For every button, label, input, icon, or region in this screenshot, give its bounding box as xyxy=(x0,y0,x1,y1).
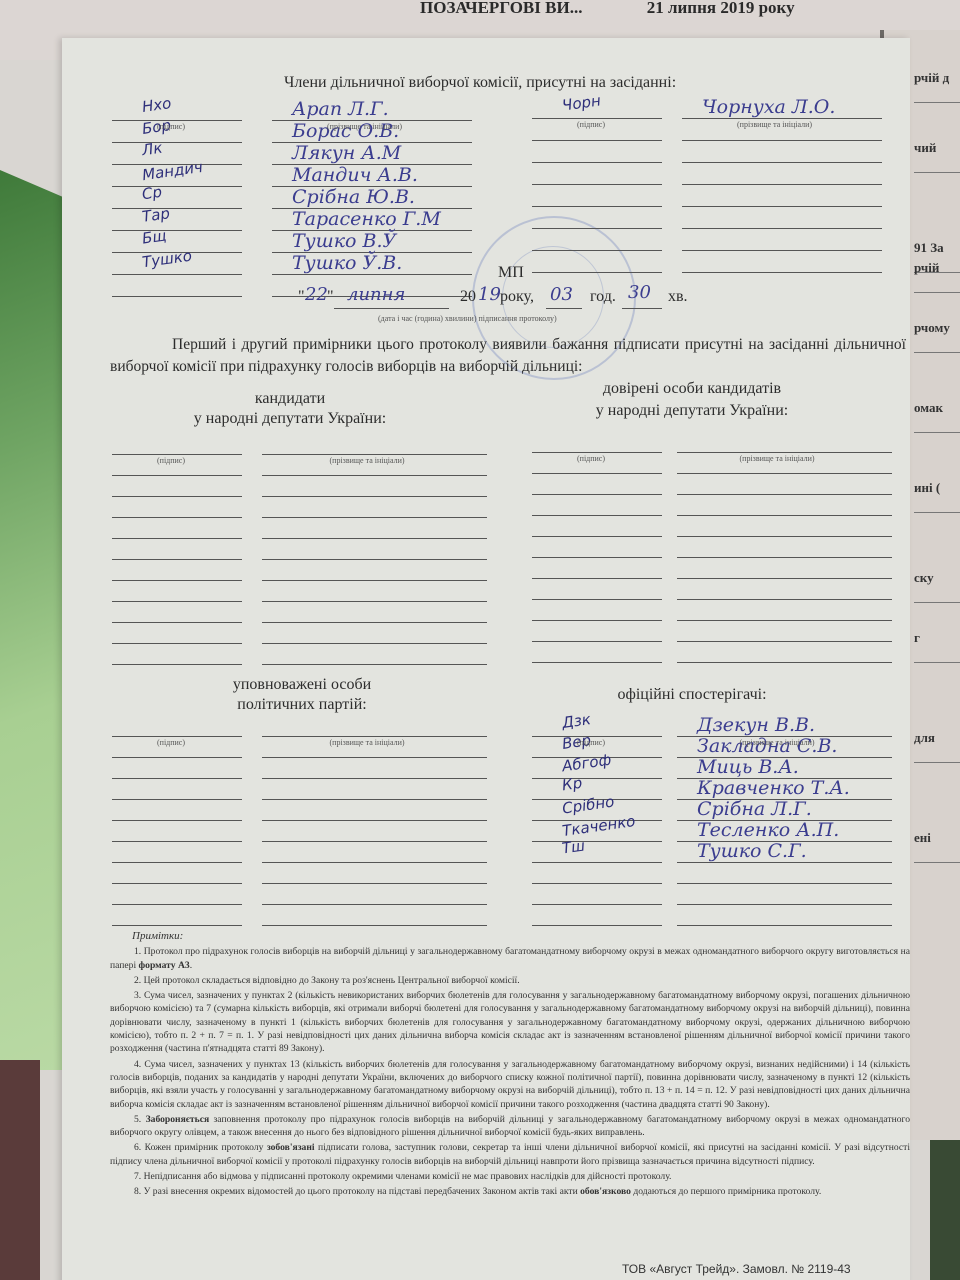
signature-line xyxy=(112,601,242,602)
handwritten-name: Дзекун В.В. xyxy=(697,714,815,736)
name-line xyxy=(677,925,892,926)
caption-name: (прізвище та ініціали) xyxy=(330,456,405,465)
signature-line xyxy=(112,622,242,623)
caption-name: (прізвище та ініціали) xyxy=(737,120,812,129)
underlying-page-line xyxy=(914,172,960,173)
date-minute: 30 xyxy=(628,282,651,303)
caption-signature: (підпис) xyxy=(577,738,605,747)
notes-section: Примітки: 1. Протокол про підрахунок гол… xyxy=(110,930,910,1201)
handwritten-name: Кравченко Т.А. xyxy=(697,777,850,799)
note-item: 8. У разі внесення окремих відомостей до… xyxy=(110,1185,910,1198)
name-line xyxy=(677,599,892,600)
handwritten-name: Тарасенко Г.М xyxy=(292,208,441,230)
signature-line xyxy=(112,799,242,800)
name-line xyxy=(262,538,487,539)
underlying-page-text: ині ( xyxy=(914,480,940,496)
name-line xyxy=(677,473,892,474)
name-line xyxy=(272,274,472,275)
handwritten-signature: Тар xyxy=(141,204,171,226)
name-line xyxy=(677,904,892,905)
name-line xyxy=(677,883,892,884)
handwritten-signature: Лк xyxy=(141,139,164,160)
signature-line xyxy=(112,230,242,231)
underlying-page-text: чий xyxy=(914,140,936,156)
party-reps-heading-1: уповноважені особи xyxy=(202,676,402,694)
caption-signature: (підпис) xyxy=(157,738,185,747)
signature-line xyxy=(532,736,662,737)
name-line xyxy=(262,841,487,842)
handwritten-signature: Абгоф xyxy=(561,751,612,776)
name-line xyxy=(677,452,892,453)
underlying-page-header: ПОЗАЧЕРГОВІ ВИ... 21 липня 2019 року xyxy=(420,0,855,18)
signature-line xyxy=(532,473,662,474)
date-year-prefix: 20 xyxy=(460,288,476,306)
name-line xyxy=(677,536,892,537)
handwritten-name: Срібна Л.Г. xyxy=(697,798,812,820)
signature-line xyxy=(112,580,242,581)
name-line xyxy=(262,862,487,863)
date-day: 22 xyxy=(305,284,328,305)
signature-line xyxy=(112,736,242,737)
name-line xyxy=(262,820,487,821)
signature-line xyxy=(532,841,662,842)
name-line xyxy=(262,736,487,737)
underlying-page-line xyxy=(914,862,960,863)
underlying-page-line xyxy=(914,352,960,353)
name-line xyxy=(677,641,892,642)
underlying-page-line xyxy=(914,292,960,293)
signature-line xyxy=(532,140,662,141)
signature-line xyxy=(112,454,242,455)
note-item: 3. Сума чисел, зазначених у пунктах 2 (к… xyxy=(110,989,910,1055)
handwritten-signature: Тш xyxy=(561,836,586,857)
signature-line xyxy=(112,475,242,476)
name-line xyxy=(262,517,487,518)
underlying-page-text: рчому xyxy=(914,320,950,336)
signature-line xyxy=(532,578,662,579)
underlying-header-title: ПОЗАЧЕРГОВІ ВИ... xyxy=(420,0,582,17)
name-line xyxy=(677,620,892,621)
signature-line xyxy=(112,904,242,905)
signature-line xyxy=(112,142,242,143)
date-year-suffix: 19 xyxy=(478,284,501,305)
name-line xyxy=(262,559,487,560)
name-line xyxy=(677,557,892,558)
name-line xyxy=(682,228,882,229)
printer-imprint: ТОВ «Август Трейд». Замовл. № 2119-43 xyxy=(622,1262,851,1276)
name-line xyxy=(682,272,882,273)
signature-line xyxy=(112,496,242,497)
signature-line xyxy=(532,904,662,905)
signature-line xyxy=(532,641,662,642)
signature-line xyxy=(112,757,242,758)
signature-line xyxy=(532,118,662,119)
handwritten-name: Лякун А.М xyxy=(292,142,401,164)
caption-signature: (підпис) xyxy=(157,456,185,465)
protocol-page: Члени дільничної виборчої комісії, прису… xyxy=(62,38,910,1280)
name-line xyxy=(262,664,487,665)
handwritten-signature: Бщ xyxy=(141,226,168,247)
name-line xyxy=(262,622,487,623)
candidates-heading-1: кандидати xyxy=(190,390,390,408)
intro-paragraph: Перший і другий примірники цього протоко… xyxy=(110,334,906,378)
name-line xyxy=(262,496,487,497)
signature-line xyxy=(532,662,662,663)
underlying-page-text: ені xyxy=(914,830,931,846)
name-line xyxy=(682,118,882,119)
underlying-page-line xyxy=(914,662,960,663)
handwritten-signature: Чорн xyxy=(561,91,602,114)
underlying-page-line xyxy=(914,602,960,603)
note-item: 7. Непідписання або відмова у підписанні… xyxy=(110,1170,910,1183)
signature-line xyxy=(532,515,662,516)
handwritten-name: Миць В.А. xyxy=(697,756,799,778)
caption-name: (прізвище та ініціали) xyxy=(740,738,815,747)
signature-line xyxy=(112,274,242,275)
handwritten-name: Тушко Ў.В. xyxy=(292,252,402,274)
caption-signature: (підпис) xyxy=(577,454,605,463)
underlying-header-date: 21 липня 2019 року xyxy=(647,0,795,17)
handwritten-signature: Тушко xyxy=(141,247,193,272)
name-line xyxy=(262,778,487,779)
caption-name: (прізвище та ініціали) xyxy=(740,454,815,463)
name-line xyxy=(677,578,892,579)
caption-signature: (підпис) xyxy=(577,120,605,129)
signature-line xyxy=(532,184,662,185)
members-heading: Члени дільничної виборчої комісії, прису… xyxy=(284,74,676,92)
observers-heading: офіційні спостерігачі: xyxy=(582,686,802,704)
name-line xyxy=(682,206,882,207)
signature-line xyxy=(112,186,242,187)
signature-line xyxy=(532,862,662,863)
underlying-page-text: г xyxy=(914,630,920,646)
note-item: 2. Цей протокол складається відповідно д… xyxy=(110,974,910,987)
name-line xyxy=(262,925,487,926)
signature-line xyxy=(112,517,242,518)
name-line xyxy=(682,250,882,251)
name-line xyxy=(262,904,487,905)
handwritten-signature: Срібно xyxy=(561,792,615,817)
handwritten-name: Арап Л.Г. xyxy=(292,98,389,120)
signature-line xyxy=(112,643,242,644)
signature-line xyxy=(532,557,662,558)
name-line xyxy=(262,475,487,476)
signature-line xyxy=(532,272,662,273)
underlying-page-text: для xyxy=(914,730,935,746)
signature-line xyxy=(112,559,242,560)
signature-line xyxy=(112,778,242,779)
date-caption: (дата і час (година) хвилини) підписання… xyxy=(378,314,557,323)
signature-line xyxy=(112,120,242,121)
name-line xyxy=(262,757,487,758)
signature-line xyxy=(532,536,662,537)
note-item: 1. Протокол про підрахунок голосів вибор… xyxy=(110,945,910,972)
underlying-page-text: ску xyxy=(914,570,934,586)
underlying-page-line xyxy=(914,512,960,513)
handwritten-signature: Дзк xyxy=(561,710,592,732)
signature-line xyxy=(532,925,662,926)
handwritten-signature: Нхо xyxy=(141,94,173,116)
caption-signature: (підпис) xyxy=(157,122,185,131)
signature-line xyxy=(112,883,242,884)
name-line xyxy=(262,883,487,884)
signature-line xyxy=(532,162,662,163)
date-hour-word: год. xyxy=(590,288,616,306)
green-cloth-right xyxy=(930,1140,960,1280)
handwritten-name: Мандич А.В. xyxy=(292,164,418,186)
underlying-page-line xyxy=(914,432,960,433)
handwritten-name: Тесленко А.П. xyxy=(697,819,839,841)
signature-line xyxy=(532,778,662,779)
signature-line xyxy=(112,841,242,842)
date-month: липня xyxy=(347,284,405,305)
note-item: 5. Забороняється заповнення протоколу пр… xyxy=(110,1113,910,1140)
handwritten-name: Тушко С.Г. xyxy=(697,840,807,862)
underlying-page-line xyxy=(914,102,960,103)
underlying-page-text: рчій д xyxy=(914,70,949,86)
signature-line xyxy=(532,883,662,884)
signature-line xyxy=(532,452,662,453)
name-line xyxy=(682,162,882,163)
handwritten-signature: Ср xyxy=(141,183,163,204)
signature-line xyxy=(532,620,662,621)
name-line xyxy=(682,184,882,185)
name-line xyxy=(677,494,892,495)
name-line xyxy=(682,140,882,141)
handwritten-name: Тушко В.Ў xyxy=(292,230,396,252)
date-year-word: року, xyxy=(500,288,534,306)
note-item: 6. Кожен примірник протоколу зобов'язані… xyxy=(110,1141,910,1168)
signature-line xyxy=(532,599,662,600)
name-line xyxy=(262,799,487,800)
name-line xyxy=(262,601,487,602)
signature-line xyxy=(112,538,242,539)
caption-name: (прізвище та ініціали) xyxy=(330,738,405,747)
signature-line xyxy=(532,250,662,251)
signature-line xyxy=(112,925,242,926)
signature-line xyxy=(112,208,242,209)
dark-object xyxy=(0,1060,40,1280)
proxies-heading-1: довірені особи кандидатів xyxy=(562,380,822,398)
underlying-page-text: 91 За xyxy=(914,240,944,256)
signature-line xyxy=(112,820,242,821)
name-line xyxy=(677,862,892,863)
name-line xyxy=(677,662,892,663)
signature-line xyxy=(112,296,242,297)
signature-line xyxy=(112,664,242,665)
party-reps-heading-2: політичних партій: xyxy=(202,696,402,714)
notes-title: Примітки: xyxy=(110,930,910,943)
signature-line xyxy=(532,494,662,495)
signature-line xyxy=(532,206,662,207)
note-item: 4. Сума чисел, зазначених у пунктах 13 (… xyxy=(110,1058,910,1111)
date-minute-word: хв. xyxy=(668,288,688,306)
handwritten-name: Чорнуха Л.О. xyxy=(702,96,835,118)
signature-line xyxy=(532,228,662,229)
signature-line xyxy=(112,862,242,863)
candidates-heading-2: у народні депутати України: xyxy=(170,410,410,428)
name-line xyxy=(262,643,487,644)
underlying-page-text: омак xyxy=(914,400,943,416)
name-line xyxy=(677,515,892,516)
name-line xyxy=(262,454,487,455)
handwritten-signature: Мандич xyxy=(141,158,204,184)
date-hour: 03 xyxy=(550,284,573,305)
underlying-page-text: рчій xyxy=(914,260,939,276)
name-line xyxy=(262,580,487,581)
underlying-page-line xyxy=(914,762,960,763)
handwritten-signature: Кр xyxy=(561,774,583,795)
caption-name: (прізвище та ініціали) xyxy=(327,122,402,131)
stamp-label: МП xyxy=(498,264,524,282)
proxies-heading-2: у народні депутати України: xyxy=(562,402,822,420)
handwritten-name: Срібна Ю.В. xyxy=(292,186,415,208)
green-cloth xyxy=(0,170,70,1070)
